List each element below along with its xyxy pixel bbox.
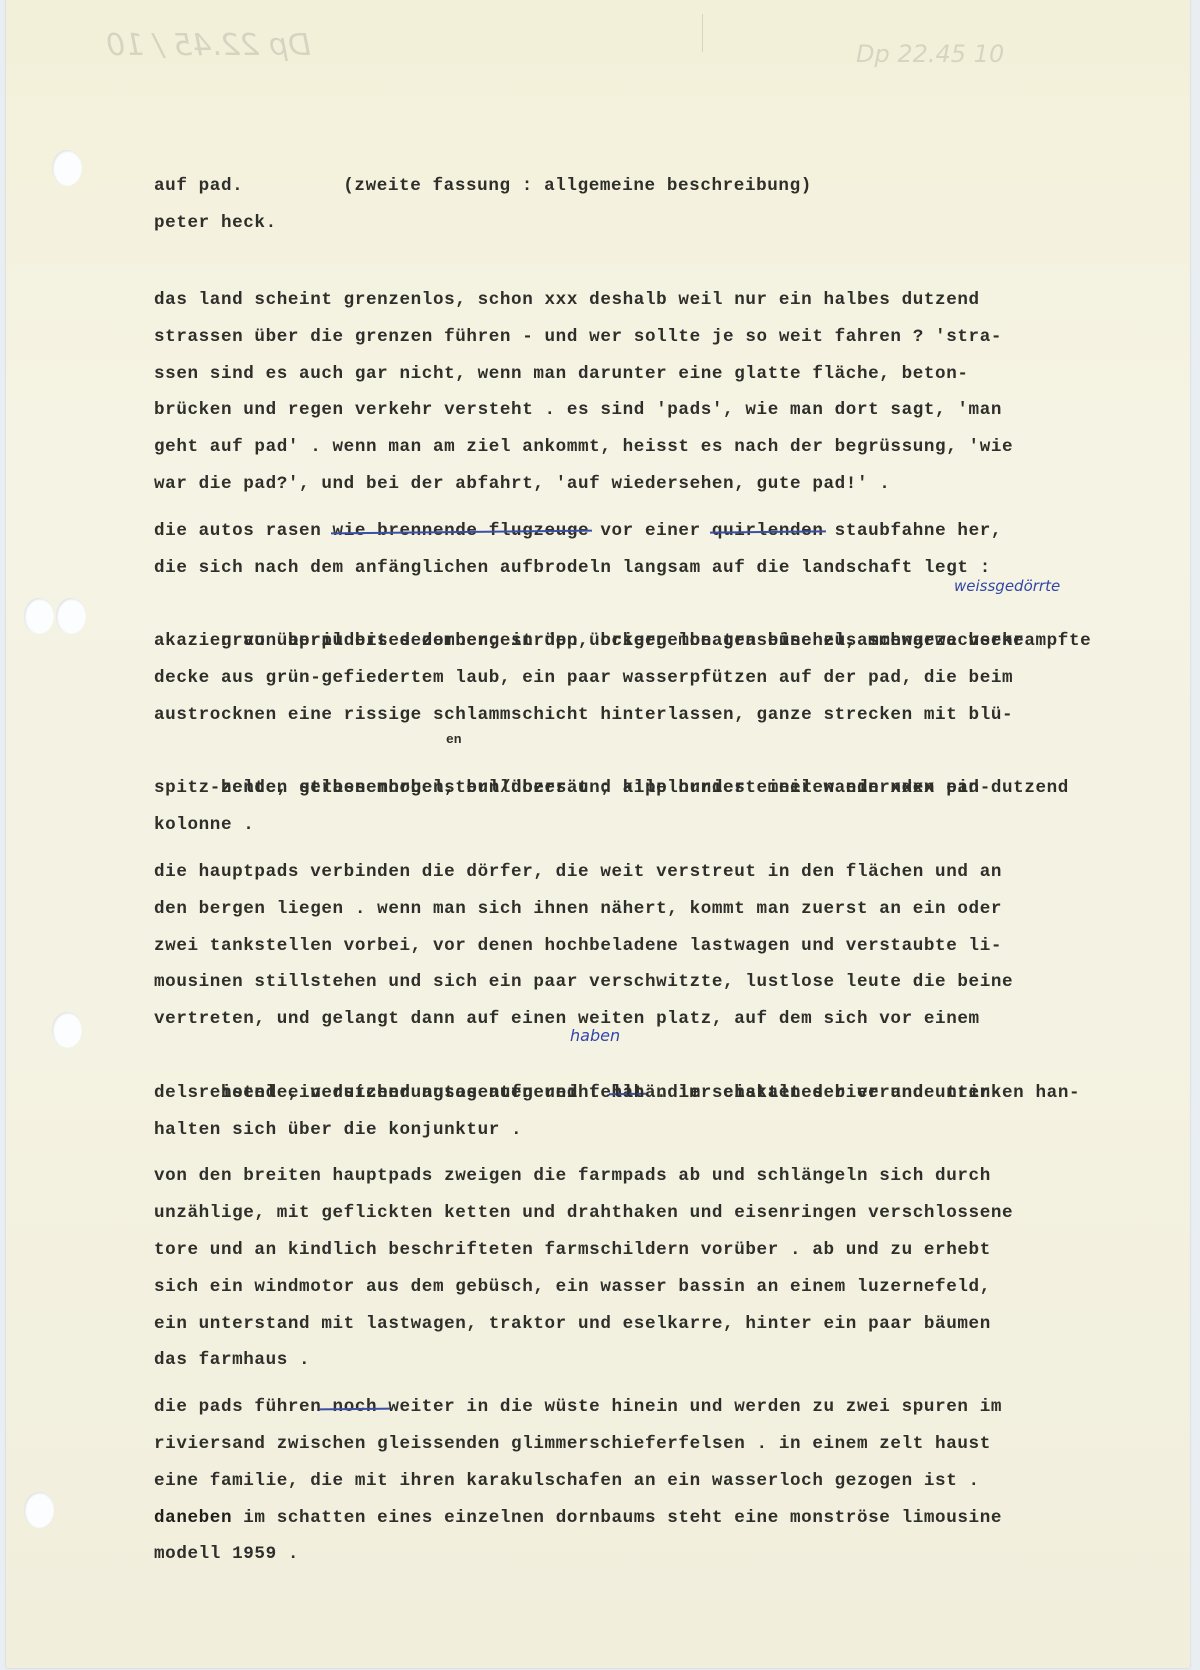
paper-crease (702, 14, 703, 52)
text-line: daneben im schatten eines einzelnen dorn… (154, 1500, 1134, 1537)
text-line: halten sich über die konjunktur . (154, 1112, 1134, 1149)
text-line: modell 1959 . (154, 1536, 1134, 1573)
struck-text: wie brennende flugzeuge (333, 521, 590, 541)
handwritten-insertion: haben (570, 1018, 620, 1055)
text-line: vertreten, und gelangt dann auf einen we… (154, 1001, 1134, 1038)
text-line: das land scheint grenzenlos, schon xxx d… (154, 282, 1134, 319)
text-line: sich ein windmotor aus dem gebüsch, ein … (154, 1269, 1134, 1306)
text-line: spitz-zelte, strassenhobel, bulldozer un… (154, 770, 1134, 807)
text-line: riviersand zwischen gleissenden glimmers… (154, 1426, 1134, 1463)
struck-text: daneben (154, 1508, 232, 1528)
paragraph-1: das land scheint grenzenlos, schon xxx d… (154, 282, 1134, 503)
text-line: grau überpudertes dornengestrüpp, ockerg… (154, 586, 1134, 623)
struck-text: noch (321, 1397, 388, 1417)
text-line: strassen über die grenzen führen - und w… (154, 319, 1134, 356)
text-line-with-strikes: die pads führen noch weiter in die wüste… (154, 1389, 1134, 1426)
text-line: war die pad?', und bei der abfahrt, 'auf… (154, 466, 1134, 503)
text-line-with-strikes: die autos rasen wie brennende flugzeuge … (154, 513, 1134, 550)
text-line: von den breiten hauptpads zweigen die fa… (154, 1158, 1134, 1195)
title-line: auf pad.(zweite fassung : allgemeine bes… (154, 168, 1134, 205)
text-line: ssen sind es auch gar nicht, wenn man da… (154, 356, 1134, 393)
text-line-with-strikes: hotel ein dutzend autos aufgereiht hat .… (154, 1038, 1134, 1075)
author-line: peter heck. (154, 205, 1134, 242)
text-line: mousinen stillstehen und sich ein paar v… (154, 964, 1134, 1001)
text-line: tore und an kindlich beschrifteten farms… (154, 1232, 1134, 1269)
punch-hole (56, 598, 86, 634)
text-line: ein unterstand mit lastwagen, traktor un… (154, 1306, 1134, 1343)
punch-hole (52, 1012, 82, 1048)
typewritten-document: auf pad.(zweite fassung : allgemeine bes… (154, 168, 1134, 1573)
typed-superscript: en (446, 722, 462, 759)
paragraph-3: die hauptpads verbinden die dörfer, die … (154, 854, 1134, 1148)
punch-hole (24, 1492, 54, 1528)
text-line: geht auf pad' . wenn man am ziel ankommt… (154, 429, 1134, 466)
paragraph-4: von den breiten hauptpads zweigen die fa… (154, 1158, 1134, 1379)
text-line: die hauptpads verbinden die dörfer, die … (154, 854, 1134, 891)
paragraph-2: die autos rasen wie brennende flugzeuge … (154, 513, 1134, 844)
document-title: auf pad. (154, 176, 243, 196)
pencil-archive-mark: Dp 22.45 10 (856, 40, 1004, 68)
text-line: eine familie, die mit ihren karakulschaf… (154, 1463, 1134, 1500)
text-line: zwei tankstellen vorbei, vor denen hochb… (154, 928, 1134, 965)
text-line: delsreisende, versicherungsagenten und f… (154, 1075, 1134, 1112)
text-line: den bergen liegen . wenn man sich ihnen … (154, 891, 1134, 928)
text-line: kolonne . (154, 807, 1134, 844)
text-line: austrocknen eine rissige schlammschicht … (154, 697, 1134, 734)
text-line: decke aus grün-gefiedertem laub, ein paa… (154, 660, 1134, 697)
document-subtitle: (zweite fassung : allgemeine beschreibun… (343, 176, 812, 196)
punch-hole (24, 598, 54, 634)
struck-text: quirlenden (712, 521, 824, 541)
text-line: das farmhaus . (154, 1342, 1134, 1379)
paragraph-5: die pads führen noch weiter in die wüste… (154, 1389, 1134, 1573)
bleed-through-archive-mark: Dp 22.45 / 10 (106, 28, 311, 63)
punch-hole (52, 150, 82, 186)
text-line: akazien von april bis dezember; in den ü… (154, 623, 1134, 660)
handwritten-insertion: weissgedörrte (954, 568, 1060, 605)
text-line: unzählige, mit geflickten ketten und dra… (154, 1195, 1134, 1232)
text-line: brücken und regen verkehr versteht . es … (154, 392, 1134, 429)
text-line: henden gelben morgenstern/übersät ; alle… (154, 734, 1134, 771)
